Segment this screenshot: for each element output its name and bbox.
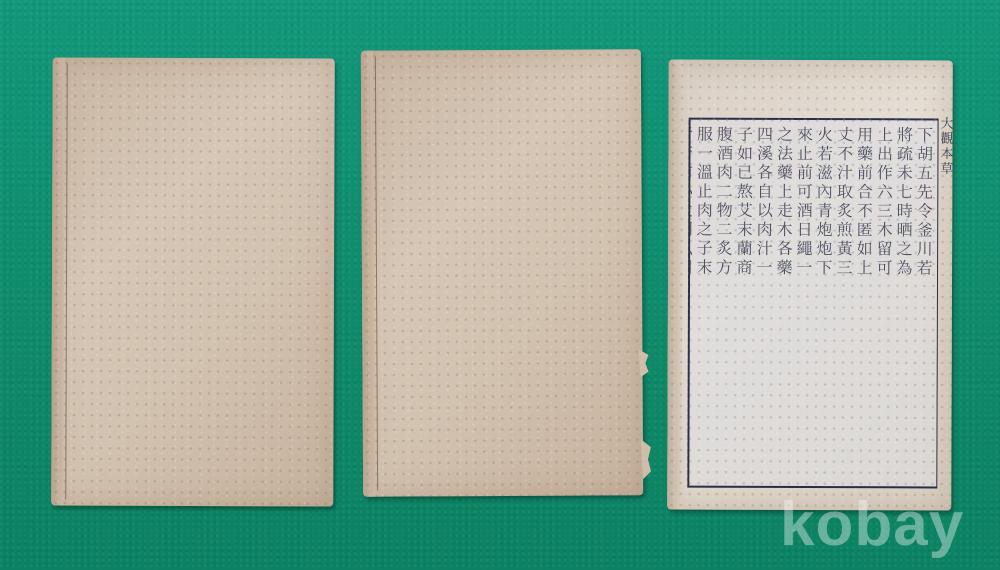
text-column: 子如已熬艾末蘭商	[732, 126, 753, 480]
book-spine	[667, 60, 683, 510]
text-column: 火若滋內青炮炮下	[812, 126, 833, 480]
text-column: 四溪各自以肉汁一	[752, 126, 773, 480]
binding-thread-line	[375, 57, 378, 491]
book-plain-cover-2	[361, 49, 643, 496]
text-columns: 下胡五先令釜川若 將疏未七時晒之為 上出作六三木留可 用藥前合不匿如上 丈不汁取…	[693, 126, 933, 481]
torn-page-edge	[638, 349, 648, 377]
book-spine	[361, 51, 375, 497]
book-spine	[51, 58, 65, 506]
text-column: 下胡五先令釜川若	[912, 126, 933, 480]
text-column: 上出作六三木留可	[872, 126, 893, 480]
text-column: 用藥前合不匿如上	[852, 126, 873, 480]
text-column: 丈不汁取炙煎黃三	[832, 126, 853, 480]
torn-page-edge	[641, 439, 651, 479]
text-column: 來止前可酒日繩一	[792, 126, 813, 480]
text-column: 腹酒肉二物二炙方	[712, 126, 733, 480]
text-column: 服一溫止肉之子末	[692, 126, 713, 480]
printed-text-frame: 下胡五先令釜川若 將疏未七時晒之為 上出作六三木留可 用藥前合不匿如上 丈不汁取…	[687, 118, 938, 489]
text-column: 之法藥上走木各藥	[772, 126, 793, 480]
book-open-text-page: 下胡五先令釜川若 將疏未七時晒之為 上出作六三木留可 用藥前合不匿如上 丈不汁取…	[667, 60, 953, 511]
side-title: 大觀本草	[940, 116, 954, 176]
kobay-watermark: kobay	[780, 494, 964, 556]
text-column: 將疏未七時晒之為	[892, 126, 913, 480]
book-plain-cover-1	[51, 58, 335, 507]
binding-thread-line	[65, 64, 68, 500]
